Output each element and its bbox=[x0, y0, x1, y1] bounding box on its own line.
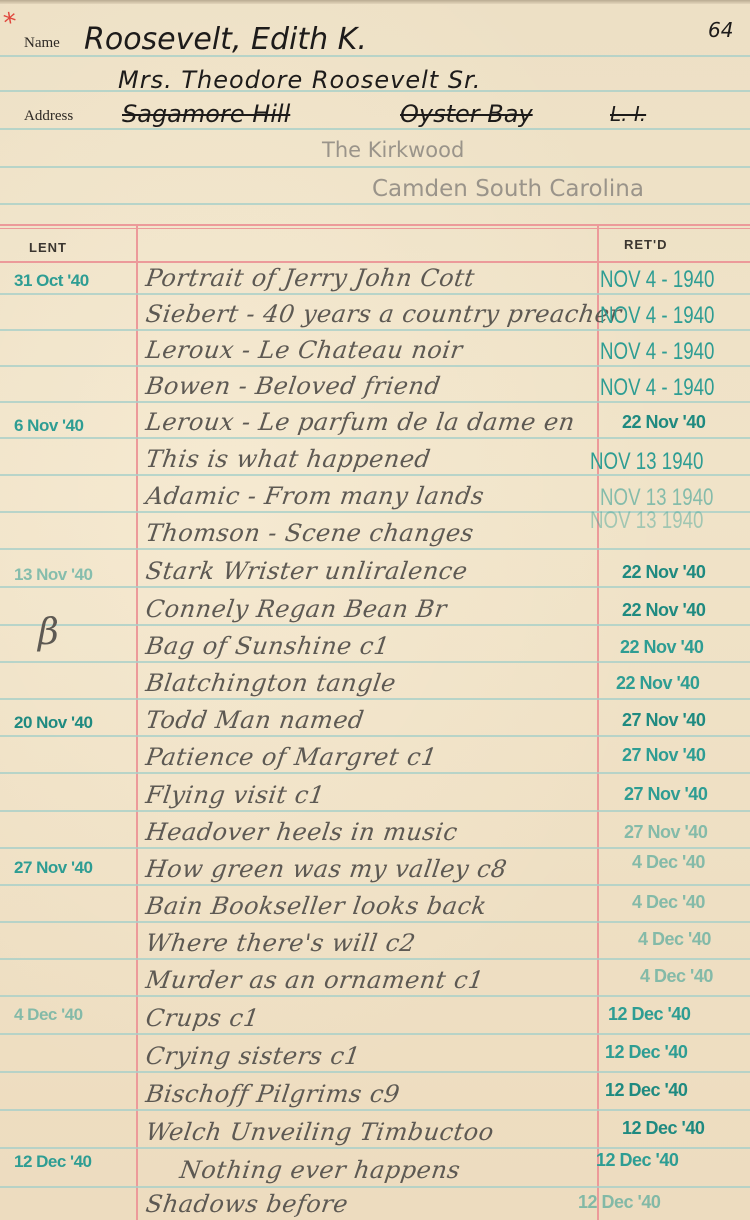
red-asterisk-mark: * bbox=[1, 7, 19, 39]
patron-name: Roosevelt, Edith K. bbox=[84, 22, 367, 57]
rule-line bbox=[0, 661, 750, 663]
rule-line bbox=[0, 203, 750, 205]
book-title: Crups c1 bbox=[144, 1004, 261, 1032]
card-top-edge bbox=[0, 0, 750, 4]
rule-line bbox=[0, 921, 750, 923]
lent-date-stamp: 20 Nov '40 bbox=[14, 713, 92, 733]
book-title: Bain Bookseller looks back bbox=[144, 892, 489, 920]
returned-date-stamp: 27 Nov '40 bbox=[622, 710, 705, 731]
returned-date-stamp: 12 Dec '40 bbox=[622, 1118, 704, 1139]
returned-date-stamp: NOV 4 - 1940 bbox=[600, 266, 714, 294]
header-rule-top-2 bbox=[0, 228, 750, 229]
rule-line bbox=[0, 1186, 750, 1188]
returned-date-stamp: 22 Nov '40 bbox=[620, 637, 703, 658]
rule-line bbox=[0, 810, 750, 812]
rule-line bbox=[0, 958, 750, 960]
address-current-line1: The Kirkwood bbox=[322, 138, 464, 162]
book-title: Portrait of Jerry John Cott bbox=[144, 264, 477, 292]
rule-line bbox=[0, 995, 750, 997]
book-title: Welch Unveiling Timbuctoo bbox=[144, 1118, 496, 1146]
book-title: Murder as an ornament c1 bbox=[144, 966, 486, 994]
book-title: Nothing ever happens bbox=[178, 1156, 462, 1184]
lent-date-stamp: 4 Dec '40 bbox=[14, 1005, 83, 1025]
returned-date-stamp: 22 Nov '40 bbox=[622, 600, 705, 621]
lent-header: LENT bbox=[29, 240, 67, 255]
book-title: Bag of Sunshine c1 bbox=[144, 632, 392, 660]
book-title: Leroux - Le Chateau noir bbox=[144, 336, 465, 364]
book-title: Todd Man named bbox=[144, 706, 366, 734]
rule-line bbox=[0, 884, 750, 886]
header-rule-bottom bbox=[0, 261, 750, 263]
header-rule-top bbox=[0, 224, 750, 226]
lent-date-stamp: 27 Nov '40 bbox=[14, 858, 92, 878]
rule-line bbox=[0, 586, 750, 588]
margin-note-beta: β bbox=[38, 612, 59, 653]
rule-line bbox=[0, 1147, 750, 1149]
book-title: This is what happened bbox=[144, 445, 432, 473]
returned-date-stamp: 27 Nov '40 bbox=[624, 822, 707, 843]
book-title: Bowen - Beloved friend bbox=[144, 372, 442, 400]
book-title: Thomson - Scene changes bbox=[144, 519, 476, 547]
book-title: Adamic - From many lands bbox=[144, 482, 486, 510]
library-ledger-card: * 64 Name Roosevelt, Edith K. Mrs. Theod… bbox=[0, 0, 750, 1220]
returned-date-stamp: 12 Dec '40 bbox=[608, 1004, 690, 1025]
returned-date-stamp: 4 Dec '40 bbox=[638, 929, 711, 950]
rule-line bbox=[0, 1071, 750, 1073]
address-city-struck: Oyster Bay bbox=[400, 100, 533, 128]
lent-date-stamp: 31 Oct '40 bbox=[14, 271, 89, 291]
returned-date-stamp: 27 Nov '40 bbox=[622, 745, 705, 766]
rule-line bbox=[0, 128, 750, 130]
book-title: How green was my valley c8 bbox=[144, 855, 509, 883]
book-title: Leroux - Le parfum de la dame en bbox=[144, 408, 577, 436]
returned-date-stamp: 4 Dec '40 bbox=[632, 892, 705, 913]
rule-line bbox=[0, 735, 750, 737]
book-title: Bischoff Pilgrims c9 bbox=[144, 1080, 402, 1108]
returned-date-stamp: 12 Dec '40 bbox=[596, 1150, 678, 1171]
rule-line bbox=[0, 437, 750, 439]
returned-date-stamp: NOV 4 - 1940 bbox=[600, 374, 714, 402]
rule-line bbox=[0, 548, 750, 550]
lent-date-stamp: 6 Nov '40 bbox=[14, 416, 83, 436]
rule-line bbox=[0, 1109, 750, 1111]
returned-date-stamp: 22 Nov '40 bbox=[622, 562, 705, 583]
address-label: Address bbox=[24, 108, 73, 125]
name-label: Name bbox=[24, 35, 60, 52]
rule-line bbox=[0, 772, 750, 774]
returned-date-stamp: 4 Dec '40 bbox=[640, 966, 713, 987]
address-state-struck: L. I. bbox=[610, 102, 646, 126]
book-title: Stark Wrister unliralence bbox=[144, 557, 470, 585]
returned-date-stamp: 12 Dec '40 bbox=[605, 1042, 687, 1063]
rule-line bbox=[0, 624, 750, 626]
address-street-struck: Sagamore Hill bbox=[122, 100, 290, 128]
returned-date-stamp: 27 Nov '40 bbox=[624, 784, 707, 805]
rule-line bbox=[0, 847, 750, 849]
book-title: Patience of Margret c1 bbox=[144, 743, 439, 771]
returned-date-stamp: 22 Nov '40 bbox=[622, 412, 705, 433]
book-title: Headover heels in music bbox=[144, 818, 459, 846]
lent-date-stamp: 13 Nov '40 bbox=[14, 565, 92, 585]
book-title: Where there's will c2 bbox=[144, 929, 418, 957]
book-title: Shadows before bbox=[144, 1190, 350, 1218]
book-title: Siebert - 40 years a country preacher bbox=[144, 300, 623, 328]
rule-line bbox=[0, 166, 750, 168]
book-title: Blatchington tangle bbox=[144, 669, 398, 697]
returned-date-stamp: NOV 4 - 1940 bbox=[600, 302, 714, 330]
book-title: Crying sisters c1 bbox=[144, 1042, 362, 1070]
address-current-line2: Camden South Carolina bbox=[372, 176, 644, 202]
returned-date-stamp: NOV 13 1940 bbox=[590, 507, 703, 535]
returned-date-stamp: NOV 13 1940 bbox=[590, 448, 703, 476]
returned-header: RET'D bbox=[624, 237, 667, 252]
returned-date-stamp: 22 Nov '40 bbox=[616, 673, 699, 694]
book-title: Flying visit c1 bbox=[144, 781, 327, 809]
returned-date-stamp: 12 Dec '40 bbox=[578, 1192, 660, 1213]
returned-date-stamp: NOV 4 - 1940 bbox=[600, 338, 714, 366]
lent-date-stamp: 12 Dec '40 bbox=[14, 1152, 92, 1172]
book-title: Connely Regan Bean Br bbox=[144, 595, 449, 623]
page-number: 64 bbox=[708, 18, 733, 42]
rule-line bbox=[0, 1033, 750, 1035]
returned-date-stamp: 4 Dec '40 bbox=[632, 852, 705, 873]
returned-date-stamp: 12 Dec '40 bbox=[605, 1080, 687, 1101]
patron-name-line2: Mrs. Theodore Roosevelt Sr. bbox=[118, 66, 481, 94]
rule-line bbox=[0, 698, 750, 700]
